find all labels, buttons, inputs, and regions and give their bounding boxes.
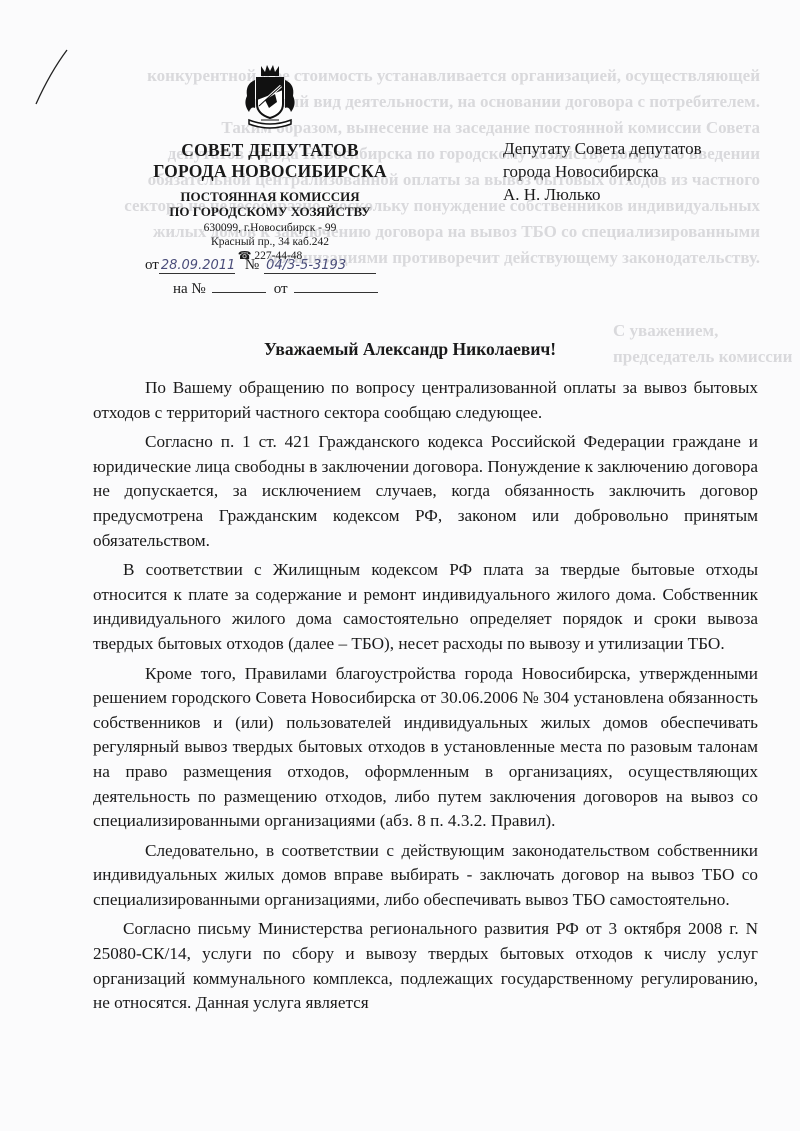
- commission-line1: ПОСТОЯННАЯ КОМИССИЯ: [130, 189, 410, 204]
- addressee-name: А. Н. Люлько: [503, 183, 702, 206]
- addressee-line1: Депутату Совета депутатов: [503, 137, 702, 160]
- postal-address: 630099, г.Новосибирск - 99: [130, 221, 410, 235]
- reply-date-label: от: [274, 281, 288, 298]
- reply-number-label: на №: [173, 281, 206, 298]
- street-address: Красный пр., 34 каб.242: [130, 235, 410, 249]
- body-paragraph: Следовательно, в соответствии с действую…: [93, 839, 758, 913]
- body-paragraph: Согласно письму Министерства регионально…: [93, 917, 758, 1015]
- salutation: Уважаемый Александр Николаевич!: [264, 339, 556, 360]
- body-paragraph: По Вашему обращению по вопросу централиз…: [93, 376, 758, 425]
- body-paragraph: В соответствии с Жилищным кодексом РФ пл…: [93, 558, 758, 656]
- body-paragraph: Согласно п. 1 ст. 421 Гражданского кодек…: [93, 430, 758, 553]
- number-label: №: [245, 257, 259, 274]
- reply-date-blank: [294, 278, 378, 293]
- novosibirsk-coat-of-arms-icon: [239, 62, 301, 136]
- org-name-line1: СОВЕТ ДЕПУТАТОВ: [130, 140, 410, 161]
- bleed-closing-title: председатель комиссии: [613, 344, 792, 370]
- body-paragraph: Кроме того, Правилами благоустройства го…: [93, 662, 758, 834]
- pen-stroke-mark: [33, 48, 73, 106]
- bleed-closing: С уважением,: [613, 318, 718, 344]
- org-name-line2: ГОРОДА НОВОСИБИРСКА: [130, 161, 410, 182]
- outgoing-reference: от 28.09.2011 № 04/3-5-3193: [145, 257, 376, 274]
- reply-number-blank: [212, 278, 266, 293]
- handwritten-date: 28.09.2011: [159, 258, 235, 274]
- reply-reference: на № от: [173, 278, 378, 298]
- date-label: от: [145, 257, 159, 274]
- addressee-block: Депутату Совета депутатов города Новосиб…: [503, 137, 702, 206]
- commission-line2: ПО ГОРОДСКОМУ ХОЗЯЙСТВУ: [130, 204, 410, 219]
- letter-page: конкурентной и ее стоимость устанавливае…: [0, 0, 800, 1131]
- letter-body: По Вашему обращению по вопросу централиз…: [93, 376, 758, 1016]
- letterhead: СОВЕТ ДЕПУТАТОВ ГОРОДА НОВОСИБИРСКА ПОСТ…: [130, 62, 410, 263]
- addressee-line2: города Новосибирска: [503, 160, 702, 183]
- handwritten-number: 04/3-5-3193: [264, 258, 376, 274]
